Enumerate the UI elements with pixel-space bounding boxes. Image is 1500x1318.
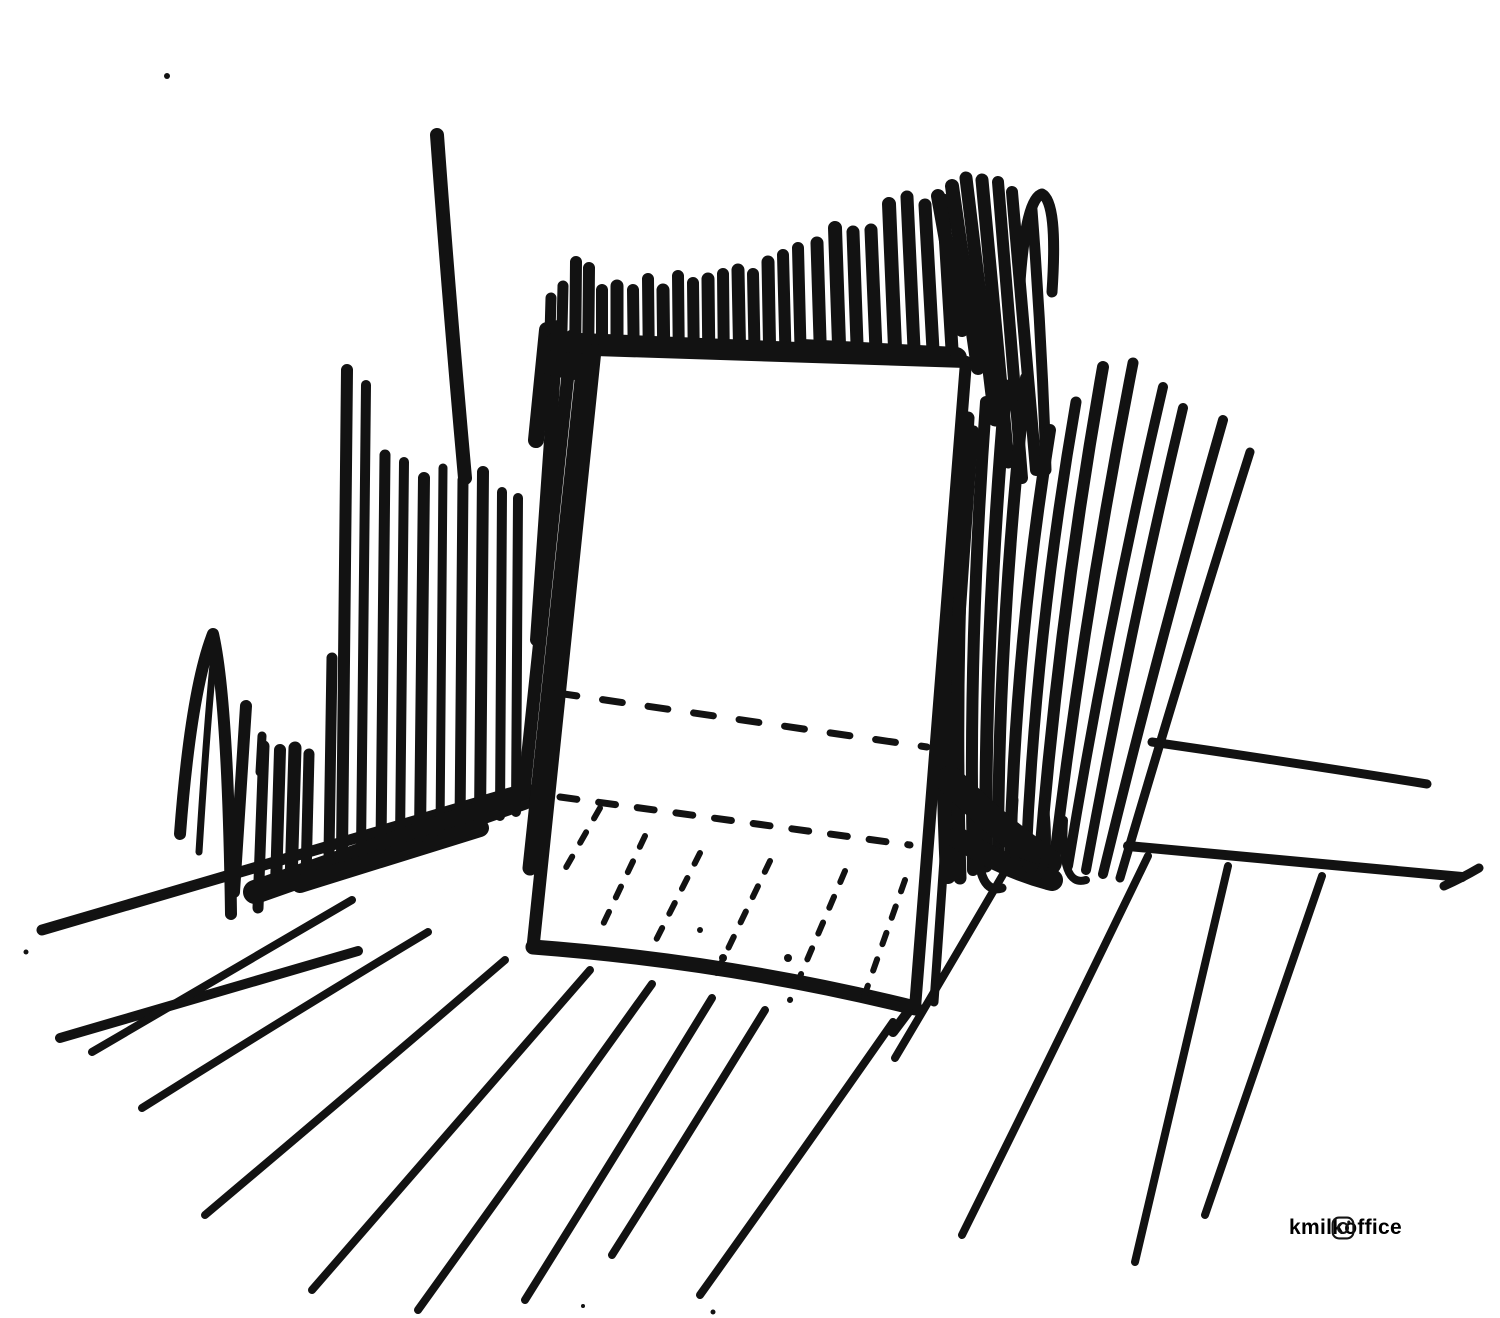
tall-lone-stroke (437, 135, 465, 478)
left-scribble-band (342, 370, 518, 856)
signature: kmilkoffice (1284, 1216, 1402, 1240)
mirror (533, 350, 974, 1032)
sketch-canvas (0, 0, 1500, 1318)
right-scribble-band (942, 363, 1250, 889)
artwork-page: kmilkoffice (0, 0, 1500, 1318)
